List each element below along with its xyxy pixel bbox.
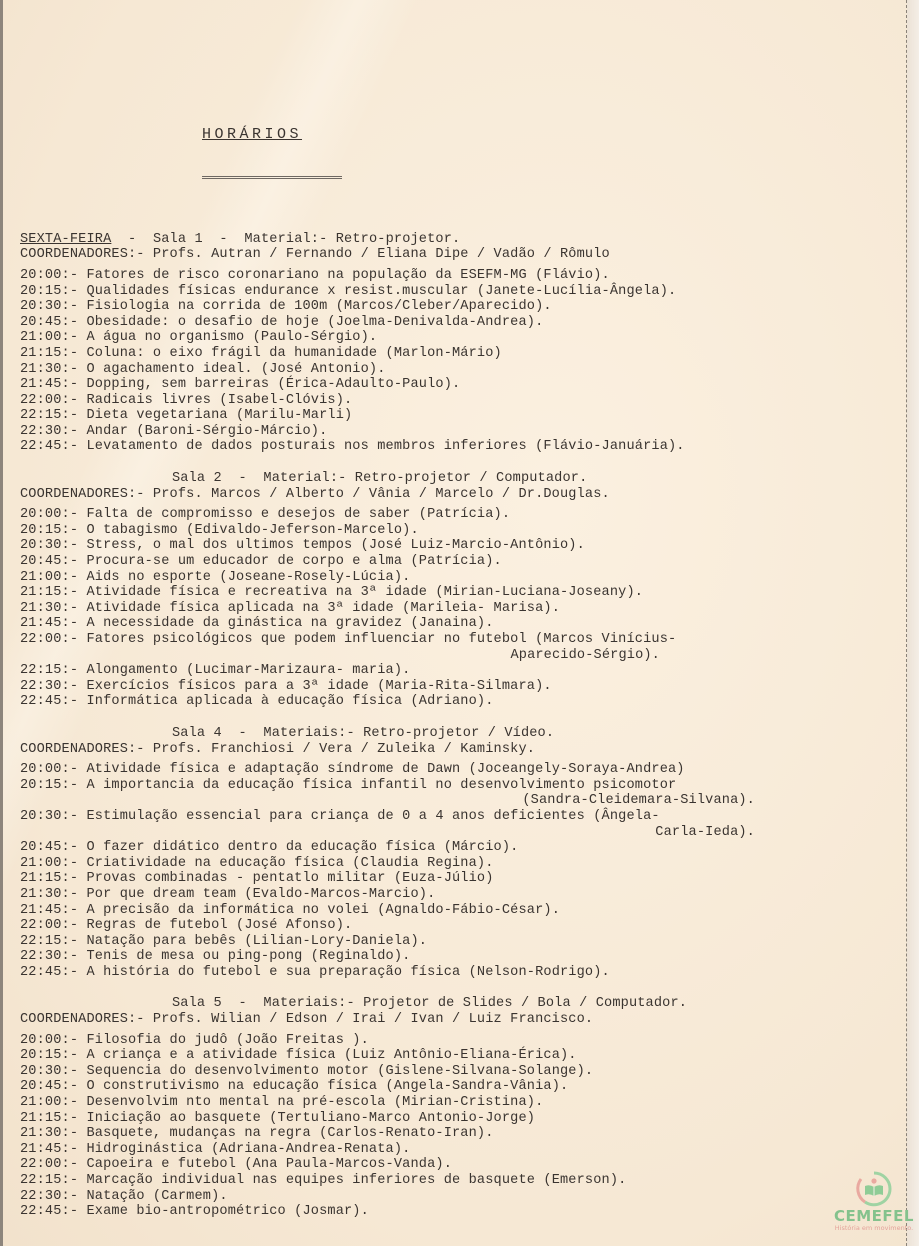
- entry-title: Fatores de risco coronariano na populaçã…: [86, 268, 609, 283]
- entry-time: 22:15:-: [20, 408, 78, 423]
- entry-title: Exercícios físicos para a 3ª idade (Mari…: [86, 679, 551, 694]
- coordinators-line: COORDENADORES:- Profs. Wilian / Edson / …: [20, 1012, 880, 1028]
- schedule-entry: 20:00:- Falta de compromisso e desejos d…: [20, 507, 880, 523]
- schedule-entry: 22:00:- Regras de futebol (José Afonso).: [20, 918, 880, 934]
- schedule-document: HORÁRIOS SEXTA-FEIRA - Sala 1 - Material…: [20, 96, 880, 1246]
- schedule-entry: 21:45:- Dopping, sem barreiras (Érica-Ad…: [20, 377, 880, 393]
- entry-title: Procura-se um educador de corpo e alma (…: [86, 554, 501, 569]
- title-double-underline: [202, 176, 342, 179]
- watermark-tagline: História em movimento.: [834, 1224, 914, 1232]
- entry-title: Marcação individual nas equipes inferior…: [86, 1173, 626, 1188]
- entry-time: 20:45:-: [20, 554, 78, 569]
- entry-continuation: Aparecido-Sérgio).: [20, 648, 660, 664]
- schedule-entry: 21:00:- A água no organismo (Paulo-Sérgi…: [20, 330, 880, 346]
- entry-time: 20:00:-: [20, 268, 78, 283]
- schedule-entry: 22:15:- Marcação individual nas equipes …: [20, 1173, 880, 1189]
- entry-title: A necessidade da ginástica na gravidez (…: [86, 616, 493, 631]
- entry-time: 21:45:-: [20, 1142, 78, 1157]
- entry-title: O tabagismo (Edivaldo-Jeferson-Marcelo).: [86, 523, 418, 538]
- entry-time: 21:45:-: [20, 903, 78, 918]
- schedule-entry: 21:15:- Atividade física e recreativa na…: [20, 585, 880, 601]
- schedule-entry: 21:45:- A necessidade da ginástica na gr…: [20, 616, 880, 632]
- page-right-margin: [907, 0, 919, 1246]
- room-header: Sala 5 - Materiais:- Projetor de Slides …: [20, 996, 880, 1012]
- schedule-entry: 22:00:- Radicais livres (Isabel-Clóvis).: [20, 393, 880, 409]
- entry-time: 21:00:-: [20, 1095, 78, 1110]
- entry-time: 20:30:-: [20, 1064, 78, 1079]
- schedule-entry: 20:30:- Stress, o mal dos ultimos tempos…: [20, 538, 880, 554]
- schedule-entry: 20:15:- Qualidades físicas endurance x r…: [20, 284, 880, 300]
- entry-time: 21:15:-: [20, 1111, 78, 1126]
- entry-time: 22:00:-: [20, 393, 78, 408]
- schedule-entry: 22:45:- A história do futebol e sua prep…: [20, 965, 880, 981]
- room-materials: Materiais:- Projetor de Slides / Bola / …: [263, 996, 687, 1011]
- entry-time: 21:00:-: [20, 570, 78, 585]
- schedule-entry: 20:30:- Fisiologia na corrida de 100m (M…: [20, 299, 880, 315]
- entry-time: 22:15:-: [20, 934, 78, 949]
- room-section: SEXTA-FEIRA - Sala 1 - Material:- Retro-…: [20, 232, 880, 455]
- entry-time: 22:45:-: [20, 965, 78, 980]
- entry-title: Estimulação essencial para criança de 0 …: [86, 809, 659, 824]
- entry-title: Obesidade: o desafio de hoje (Joelma-Den…: [86, 315, 543, 330]
- entry-time: 20:30:-: [20, 538, 78, 553]
- coordinators-line: COORDENADORES:- Profs. Marcos / Alberto …: [20, 487, 880, 503]
- entry-time: 22:15:-: [20, 663, 78, 678]
- entry-continuation: Carla-Ieda).: [20, 825, 755, 841]
- room-section: Sala 5 - Materiais:- Projetor de Slides …: [20, 996, 880, 1219]
- entry-time: 21:45:-: [20, 377, 78, 392]
- room-header: Sala 4 - Materiais:- Retro-projetor / Ví…: [20, 726, 880, 742]
- entry-title: Alongamento (Lucimar-Marizaura- maria).: [86, 663, 410, 678]
- room-materials: Material:- Retro-projetor / Computador.: [263, 471, 587, 486]
- room-materials: Material:- Retro-projetor.: [244, 232, 460, 247]
- entry-title: Capoeira e futebol (Ana Paula-Marcos-Van…: [86, 1157, 452, 1172]
- entry-title: Atividade física e adaptação síndrome de…: [86, 762, 684, 777]
- schedule-entry: 20:15:- O tabagismo (Edivaldo-Jeferson-M…: [20, 523, 880, 539]
- entry-title: Falta de compromisso e desejos de saber …: [86, 507, 510, 522]
- entry-time: 20:30:-: [20, 299, 78, 314]
- perforation-line: [906, 0, 907, 1246]
- entry-title: Qualidades físicas endurance x resist.mu…: [86, 284, 676, 299]
- entry-time: 21:30:-: [20, 887, 78, 902]
- entry-title: Coluna: o eixo frágil da humanidade (Mar…: [86, 346, 501, 361]
- entry-title: A precisão da informática no volei (Agna…: [86, 903, 560, 918]
- schedule-entry: 21:45:- A precisão da informática no vol…: [20, 903, 880, 919]
- day-label: SEXTA-FEIRA: [20, 232, 111, 247]
- entry-title: A criança e a atividade física (Luiz Ant…: [86, 1048, 576, 1063]
- entry-time: 20:45:-: [20, 840, 78, 855]
- coordinators-line: COORDENADORES:- Profs. Autran / Fernando…: [20, 247, 880, 263]
- coordinators-line: COORDENADORES:- Profs. Franchiosi / Vera…: [20, 742, 880, 758]
- reading-book-icon: [855, 1170, 893, 1208]
- cemefel-watermark: CEMEFEL História em movimento.: [834, 1170, 914, 1242]
- entry-title: Dieta vegetariana (Marilu-Marli): [86, 408, 352, 423]
- room-materials: Materiais:- Retro-projetor / Vídeo.: [263, 726, 554, 741]
- schedule-entry: 20:00:- Atividade física e adaptação sín…: [20, 762, 880, 778]
- schedule-entry: 20:00:- Filosofia do judô (João Freitas …: [20, 1033, 880, 1049]
- entry-time: 21:30:-: [20, 362, 78, 377]
- schedule-entry: 22:30:- Exercícios físicos para a 3ª ida…: [20, 679, 880, 695]
- entry-title: A importancia da educação física infanti…: [86, 778, 676, 793]
- entry-time: 22:30:-: [20, 424, 78, 439]
- schedule-entry: 22:00:- Fatores psicológicos que podem i…: [20, 632, 880, 663]
- schedule-entry: 22:00:- Capoeira e futebol (Ana Paula-Ma…: [20, 1157, 880, 1173]
- room-name: Sala 5: [172, 996, 222, 1011]
- entry-title: O construtivismo na educação física (Ang…: [86, 1079, 568, 1094]
- schedule-entry: 22:30:- Andar (Baroni-Sérgio-Márcio).: [20, 424, 880, 440]
- schedule-entry: 21:30:- Atividade física aplicada na 3ª …: [20, 601, 880, 617]
- schedule-entry: 21:15:- Iniciação ao basquete (Tertulian…: [20, 1111, 880, 1127]
- entry-time: 20:00:-: [20, 762, 78, 777]
- schedule-entry: 22:15:- Alongamento (Lucimar-Marizaura- …: [20, 663, 880, 679]
- page-left-edge: [0, 0, 3, 1246]
- entry-title: Stress, o mal dos ultimos tempos (José L…: [86, 538, 584, 553]
- entry-title: Atividade física aplicada na 3ª idade (M…: [86, 601, 560, 616]
- entry-title: Andar (Baroni-Sérgio-Márcio).: [86, 424, 327, 439]
- schedule-entry: 21:00:- Criatividade na educação física …: [20, 856, 880, 872]
- entry-time: 22:45:-: [20, 694, 78, 709]
- entry-title: Fatores psicológicos que podem influenci…: [86, 632, 676, 647]
- entry-time: 21:15:-: [20, 346, 78, 361]
- entry-time: 22:00:-: [20, 918, 78, 933]
- room-header: Sala 2 - Material:- Retro-projetor / Com…: [20, 471, 880, 487]
- schedule-entry: 20:45:- Obesidade: o desafio de hoje (Jo…: [20, 315, 880, 331]
- entry-title: Provas combinadas - pentatlo militar (Eu…: [86, 871, 493, 886]
- entry-title: Iniciação ao basquete (Tertuliano-Marco …: [86, 1111, 535, 1126]
- schedule-entry: 21:30:- Basquete, mudanças na regra (Car…: [20, 1126, 880, 1142]
- entry-time: 20:00:-: [20, 1033, 78, 1048]
- room-name: Sala 1: [153, 232, 203, 247]
- schedule-entry: 21:15:- Coluna: o eixo frágil da humanid…: [20, 346, 880, 362]
- schedule-entry: 20:00:- Fatores de risco coronariano na …: [20, 268, 880, 284]
- schedule-entry: 22:45:- Levatamento de dados posturais n…: [20, 439, 880, 455]
- room-section: Sala 2 - Material:- Retro-projetor / Com…: [20, 471, 880, 710]
- entry-title: O fazer didático dentro da educação físi…: [86, 840, 518, 855]
- entry-time: 20:45:-: [20, 315, 78, 330]
- room-name: Sala 4: [172, 726, 222, 741]
- schedule-entry: 20:45:- O fazer didático dentro da educa…: [20, 840, 880, 856]
- entry-time: 21:15:-: [20, 585, 78, 600]
- entry-time: 20:30:-: [20, 809, 78, 824]
- entry-title: Aids no esporte (Joseane-Rosely-Lúcia).: [86, 570, 410, 585]
- schedule-entry: 22:15:- Dieta vegetariana (Marilu-Marli): [20, 408, 880, 424]
- entry-title: Levatamento de dados posturais nos membr…: [86, 439, 684, 454]
- schedule-entry: 21:45:- Hidroginástica (Adriana-Andrea-R…: [20, 1142, 880, 1158]
- entry-title: Exame bio-antropométrico (Josmar).: [86, 1204, 368, 1219]
- entry-time: 20:15:-: [20, 523, 78, 538]
- entry-time: 22:30:-: [20, 1189, 78, 1204]
- entry-time: 20:15:-: [20, 778, 78, 793]
- schedule-entry: 22:45:- Informática aplicada à educação …: [20, 694, 880, 710]
- schedule-entry: 21:30:- Por que dream team (Evaldo-Marco…: [20, 887, 880, 903]
- watermark-name: CEMEFEL: [834, 1208, 914, 1224]
- entry-time: 20:45:-: [20, 1079, 78, 1094]
- entry-time: 22:45:-: [20, 1204, 78, 1219]
- schedule-entry: 20:30:- Sequencia do desenvolvimento mot…: [20, 1064, 880, 1080]
- entry-title: Basquete, mudanças na regra (Carlos-Rena…: [86, 1126, 493, 1141]
- entry-title: Atividade física e recreativa na 3ª idad…: [86, 585, 643, 600]
- entry-title: Filosofia do judô (João Freitas ).: [86, 1033, 368, 1048]
- room-header: SEXTA-FEIRA - Sala 1 - Material:- Retro-…: [20, 232, 880, 248]
- entry-title: A história do futebol e sua preparação f…: [86, 965, 609, 980]
- schedule-entry: 21:00:- Desenvolvim nto mental na pré-es…: [20, 1095, 880, 1111]
- entry-title: Radicais livres (Isabel-Clóvis).: [86, 393, 352, 408]
- entry-title: Criatividade na educação física (Claudia…: [86, 856, 493, 871]
- entry-title: Dopping, sem barreiras (Érica-Adaulto-Pa…: [86, 377, 460, 392]
- entry-continuation: (Sandra-Cleidemara-Silvana).: [20, 793, 755, 809]
- entry-title: Hidroginástica (Adriana-Andrea-Renata).: [86, 1142, 410, 1157]
- entry-time: 22:00:-: [20, 1157, 78, 1172]
- entry-time: 20:15:-: [20, 284, 78, 299]
- entry-title: Fisiologia na corrida de 100m (Marcos/Cl…: [86, 299, 551, 314]
- schedule-entry: 20:45:- Procura-se um educador de corpo …: [20, 554, 880, 570]
- entry-time: 21:45:-: [20, 616, 78, 631]
- schedule-entry: 20:15:- A criança e a atividade física (…: [20, 1048, 880, 1064]
- entry-time: 21:15:-: [20, 871, 78, 886]
- entry-time: 21:00:-: [20, 330, 78, 345]
- entry-title: Regras de futebol (José Afonso).: [86, 918, 352, 933]
- entry-title: Desenvolvim nto mental na pré-escola (Mi…: [86, 1095, 543, 1110]
- schedule-entry: 20:45:- O construtivismo na educação fís…: [20, 1079, 880, 1095]
- entry-time: 21:30:-: [20, 601, 78, 616]
- room-section: Sala 4 - Materiais:- Retro-projetor / Ví…: [20, 726, 880, 981]
- entry-time: 21:30:-: [20, 1126, 78, 1141]
- entry-title: Natação (Carmem).: [86, 1189, 227, 1204]
- document-title: HORÁRIOS: [202, 127, 302, 143]
- schedule-entry: 22:30:- Natação (Carmem).: [20, 1189, 880, 1205]
- entry-title: Tenis de mesa ou ping-pong (Reginaldo).: [86, 949, 410, 964]
- entry-time: 22:30:-: [20, 679, 78, 694]
- entry-title: Informática aplicada à educação física (…: [86, 694, 493, 709]
- entry-title: Sequencia do desenvolvimento motor (Gisl…: [86, 1064, 593, 1079]
- schedule-entry: 22:45:- Exame bio-antropométrico (Josmar…: [20, 1204, 880, 1220]
- schedule-entry: 21:15:- Provas combinadas - pentatlo mil…: [20, 871, 880, 887]
- schedule-entry: 21:00:- Aids no esporte (Joseane-Rosely-…: [20, 570, 880, 586]
- entry-title: Por que dream team (Evaldo-Marcos-Marcio…: [86, 887, 435, 902]
- entry-title: Natação para bebês (Lilian-Lory-Daniela)…: [86, 934, 427, 949]
- schedule-entry: 22:30:- Tenis de mesa ou ping-pong (Regi…: [20, 949, 880, 965]
- entry-title: A água no organismo (Paulo-Sérgio).: [86, 330, 377, 345]
- sections-container: SEXTA-FEIRA - Sala 1 - Material:- Retro-…: [20, 232, 880, 1220]
- entry-time: 20:15:-: [20, 1048, 78, 1063]
- schedule-entry: 20:30:- Estimulação essencial para crian…: [20, 809, 880, 840]
- entry-time: 22:00:-: [20, 632, 78, 647]
- schedule-entry: 22:15:- Natação para bebês (Lilian-Lory-…: [20, 934, 880, 950]
- entry-time: 21:00:-: [20, 856, 78, 871]
- entry-time: 20:00:-: [20, 507, 78, 522]
- entry-title: O agachamento ideal. (José Antonio).: [86, 362, 385, 377]
- entry-time: 22:45:-: [20, 439, 78, 454]
- entry-time: 22:15:-: [20, 1173, 78, 1188]
- schedule-entry: 21:30:- O agachamento ideal. (José Anton…: [20, 362, 880, 378]
- schedule-entry: 20:15:- A importancia da educação física…: [20, 778, 880, 809]
- entry-time: 22:30:-: [20, 949, 78, 964]
- room-name: Sala 2: [172, 471, 222, 486]
